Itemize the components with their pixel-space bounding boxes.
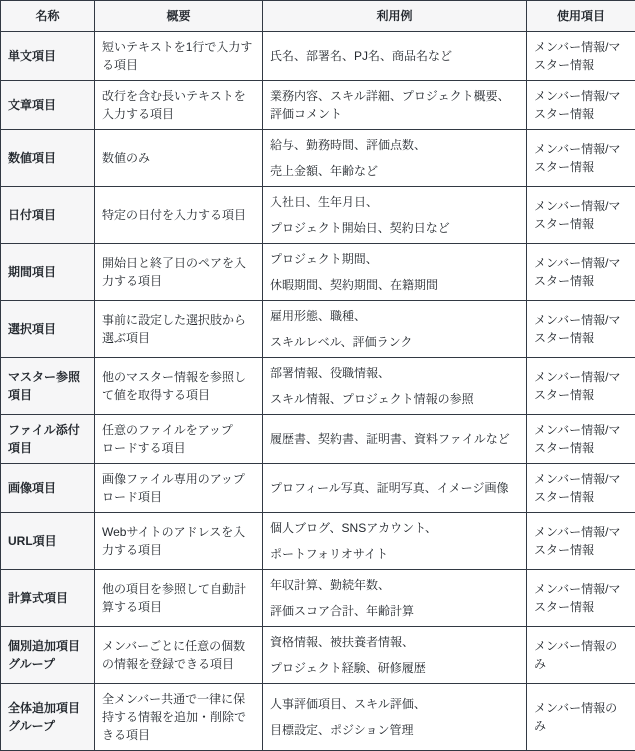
row-name: 数値項目 <box>1 130 95 187</box>
table-row: 個別追加項目グループ メンバーごとに任意の個数の情報を登録できる項目 資格情報、… <box>1 627 635 684</box>
row-scope: メンバー情報のみ <box>527 627 635 684</box>
row-examples: 業務内容、スキル詳細、プロジェクト概要、評価コメント <box>263 81 527 130</box>
row-examples: 雇用形態、職種、スキルレベル、評価ランク <box>263 301 527 358</box>
field-types-table: 名称 概要 利用例 使用項目 単文項目 短いテキストを1行で入力する項目 氏名、… <box>0 0 635 751</box>
usage-example-line: プロジェクト開始日、契約日など <box>270 219 519 237</box>
usage-example-line: プロフィール写真、証明写真、イメージ画像 <box>270 479 519 497</box>
row-examples: 年収計算、勤続年数、評価スコア合計、年齢計算 <box>263 570 527 627</box>
table-row: マスター参照項目 他のマスター情報を参照して値を取得する項目 部署情報、役職情報… <box>1 358 635 415</box>
column-header-usage-examples: 利用例 <box>263 1 527 32</box>
row-overview: メンバーごとに任意の個数の情報を登録できる項目 <box>95 627 263 684</box>
row-scope: メンバー情報/マスター情報 <box>527 570 635 627</box>
row-scope: メンバー情報/マスター情報 <box>527 415 635 464</box>
usage-example-line: スキル情報、プロジェクト情報の参照 <box>270 390 519 408</box>
usage-example-line: 売上金額、年齢など <box>270 162 519 180</box>
row-name: URL項目 <box>1 513 95 570</box>
row-examples: 部署情報、役職情報、スキル情報、プロジェクト情報の参照 <box>263 358 527 415</box>
column-header-scope: 使用項目 <box>527 1 635 32</box>
row-overview: 画像ファイル専用のアップロード項目 <box>95 464 263 513</box>
table-row: 計算式項目 他の項目を参照して自動計算する項目 年収計算、勤続年数、評価スコア合… <box>1 570 635 627</box>
row-overview: 開始日と終了日のペアを入力する項目 <box>95 244 263 301</box>
row-examples: 入社日、生年月日、プロジェクト開始日、契約日など <box>263 187 527 244</box>
row-overview: 改行を含む長いテキストを入力する項目 <box>95 81 263 130</box>
table-row: 全体追加項目グループ 全メンバー共通で一律に保持する情報を追加・削除できる項目 … <box>1 684 635 751</box>
table-row: 期間項目 開始日と終了日のペアを入力する項目 プロジェクト期間、休暇期間、契約期… <box>1 244 635 301</box>
table-header-row: 名称 概要 利用例 使用項目 <box>1 1 635 32</box>
table-row: 単文項目 短いテキストを1行で入力する項目 氏名、部署名、PJ名、商品名など メ… <box>1 32 635 81</box>
row-overview: 他の項目を参照して自動計算する項目 <box>95 570 263 627</box>
table-row: 数値項目 数値のみ 給与、勤務時間、評価点数、売上金額、年齢など メンバー情報/… <box>1 130 635 187</box>
row-name: 計算式項目 <box>1 570 95 627</box>
usage-example-line: 給与、勤務時間、評価点数、 <box>270 136 519 154</box>
row-examples: 履歴書、契約書、証明書、資料ファイルなど <box>263 415 527 464</box>
row-name: ファイル添付項目 <box>1 415 95 464</box>
usage-example-line: 資格情報、被扶養者情報、 <box>270 633 519 651</box>
usage-example-line: 人事評価項目、スキル評価、 <box>270 695 519 713</box>
row-name: 全体追加項目グループ <box>1 684 95 751</box>
row-scope: メンバー情報/マスター情報 <box>527 81 635 130</box>
usage-example-line: 個人ブログ、SNSアカウント、 <box>270 519 519 537</box>
row-scope: メンバー情報/マスター情報 <box>527 244 635 301</box>
usage-example-line: 休暇期間、契約期間、在籍期間 <box>270 276 519 294</box>
row-name: マスター参照項目 <box>1 358 95 415</box>
usage-example-line: 業務内容、スキル詳細、プロジェクト概要、評価コメント <box>270 87 519 123</box>
row-name: 日付項目 <box>1 187 95 244</box>
row-overview: 他のマスター情報を参照して値を取得する項目 <box>95 358 263 415</box>
row-examples: プロフィール写真、証明写真、イメージ画像 <box>263 464 527 513</box>
usage-example-line: プロジェクト期間、 <box>270 250 519 268</box>
table-row: 文章項目 改行を含む長いテキストを入力する項目 業務内容、スキル詳細、プロジェク… <box>1 81 635 130</box>
row-overview: 全メンバー共通で一律に保持する情報を追加・削除できる項目 <box>95 684 263 751</box>
row-scope: メンバー情報/マスター情報 <box>527 513 635 570</box>
row-name: 選択項目 <box>1 301 95 358</box>
usage-example-line: プロジェクト経験、研修履歴 <box>270 659 519 677</box>
row-overview: 数値のみ <box>95 130 263 187</box>
row-examples: 個人ブログ、SNSアカウント、ポートフォリオサイト <box>263 513 527 570</box>
table-row: ファイル添付項目 任意のファイルをアップロードする項目 履歴書、契約書、証明書、… <box>1 415 635 464</box>
usage-example-line: 評価スコア合計、年齢計算 <box>270 602 519 620</box>
column-header-name: 名称 <box>1 1 95 32</box>
row-overview: 短いテキストを1行で入力する項目 <box>95 32 263 81</box>
table-row: 日付項目 特定の日付を入力する項目 入社日、生年月日、プロジェクト開始日、契約日… <box>1 187 635 244</box>
row-name: 単文項目 <box>1 32 95 81</box>
table-row: 画像項目 画像ファイル専用のアップロード項目 プロフィール写真、証明写真、イメー… <box>1 464 635 513</box>
row-examples: 給与、勤務時間、評価点数、売上金額、年齢など <box>263 130 527 187</box>
row-examples: 資格情報、被扶養者情報、プロジェクト経験、研修履歴 <box>263 627 527 684</box>
row-name: 文章項目 <box>1 81 95 130</box>
usage-example-line: ポートフォリオサイト <box>270 545 519 563</box>
row-scope: メンバー情報/マスター情報 <box>527 358 635 415</box>
row-scope: メンバー情報/マスター情報 <box>527 464 635 513</box>
usage-example-line: 年収計算、勤続年数、 <box>270 576 519 594</box>
row-name: 画像項目 <box>1 464 95 513</box>
usage-example-line: 雇用形態、職種、 <box>270 307 519 325</box>
row-scope: メンバー情報/マスター情報 <box>527 301 635 358</box>
row-examples: 人事評価項目、スキル評価、目標設定、ポジション管理 <box>263 684 527 751</box>
table-body: 単文項目 短いテキストを1行で入力する項目 氏名、部署名、PJ名、商品名など メ… <box>1 32 635 751</box>
row-overview: 事前に設定した選択肢から選ぶ項目 <box>95 301 263 358</box>
usage-example-line: スキルレベル、評価ランク <box>270 333 519 351</box>
row-overview: Webサイトのアドレスを入力する項目 <box>95 513 263 570</box>
usage-example-line: 入社日、生年月日、 <box>270 193 519 211</box>
usage-example-line: 部署情報、役職情報、 <box>270 364 519 382</box>
row-overview: 任意のファイルをアップロードする項目 <box>95 415 263 464</box>
row-scope: メンバー情報/マスター情報 <box>527 130 635 187</box>
column-header-overview: 概要 <box>95 1 263 32</box>
row-name: 期間項目 <box>1 244 95 301</box>
usage-example-line: 目標設定、ポジション管理 <box>270 721 519 739</box>
row-examples: 氏名、部署名、PJ名、商品名など <box>263 32 527 81</box>
table-row: URL項目 Webサイトのアドレスを入力する項目 個人ブログ、SNSアカウント、… <box>1 513 635 570</box>
table-row: 選択項目 事前に設定した選択肢から選ぶ項目 雇用形態、職種、スキルレベル、評価ラ… <box>1 301 635 358</box>
row-scope: メンバー情報/マスター情報 <box>527 187 635 244</box>
row-scope: メンバー情報/マスター情報 <box>527 32 635 81</box>
row-overview: 特定の日付を入力する項目 <box>95 187 263 244</box>
row-scope: メンバー情報のみ <box>527 684 635 751</box>
usage-example-line: 氏名、部署名、PJ名、商品名など <box>270 47 519 65</box>
usage-example-line: 履歴書、契約書、証明書、資料ファイルなど <box>270 430 519 448</box>
row-examples: プロジェクト期間、休暇期間、契約期間、在籍期間 <box>263 244 527 301</box>
row-name: 個別追加項目グループ <box>1 627 95 684</box>
